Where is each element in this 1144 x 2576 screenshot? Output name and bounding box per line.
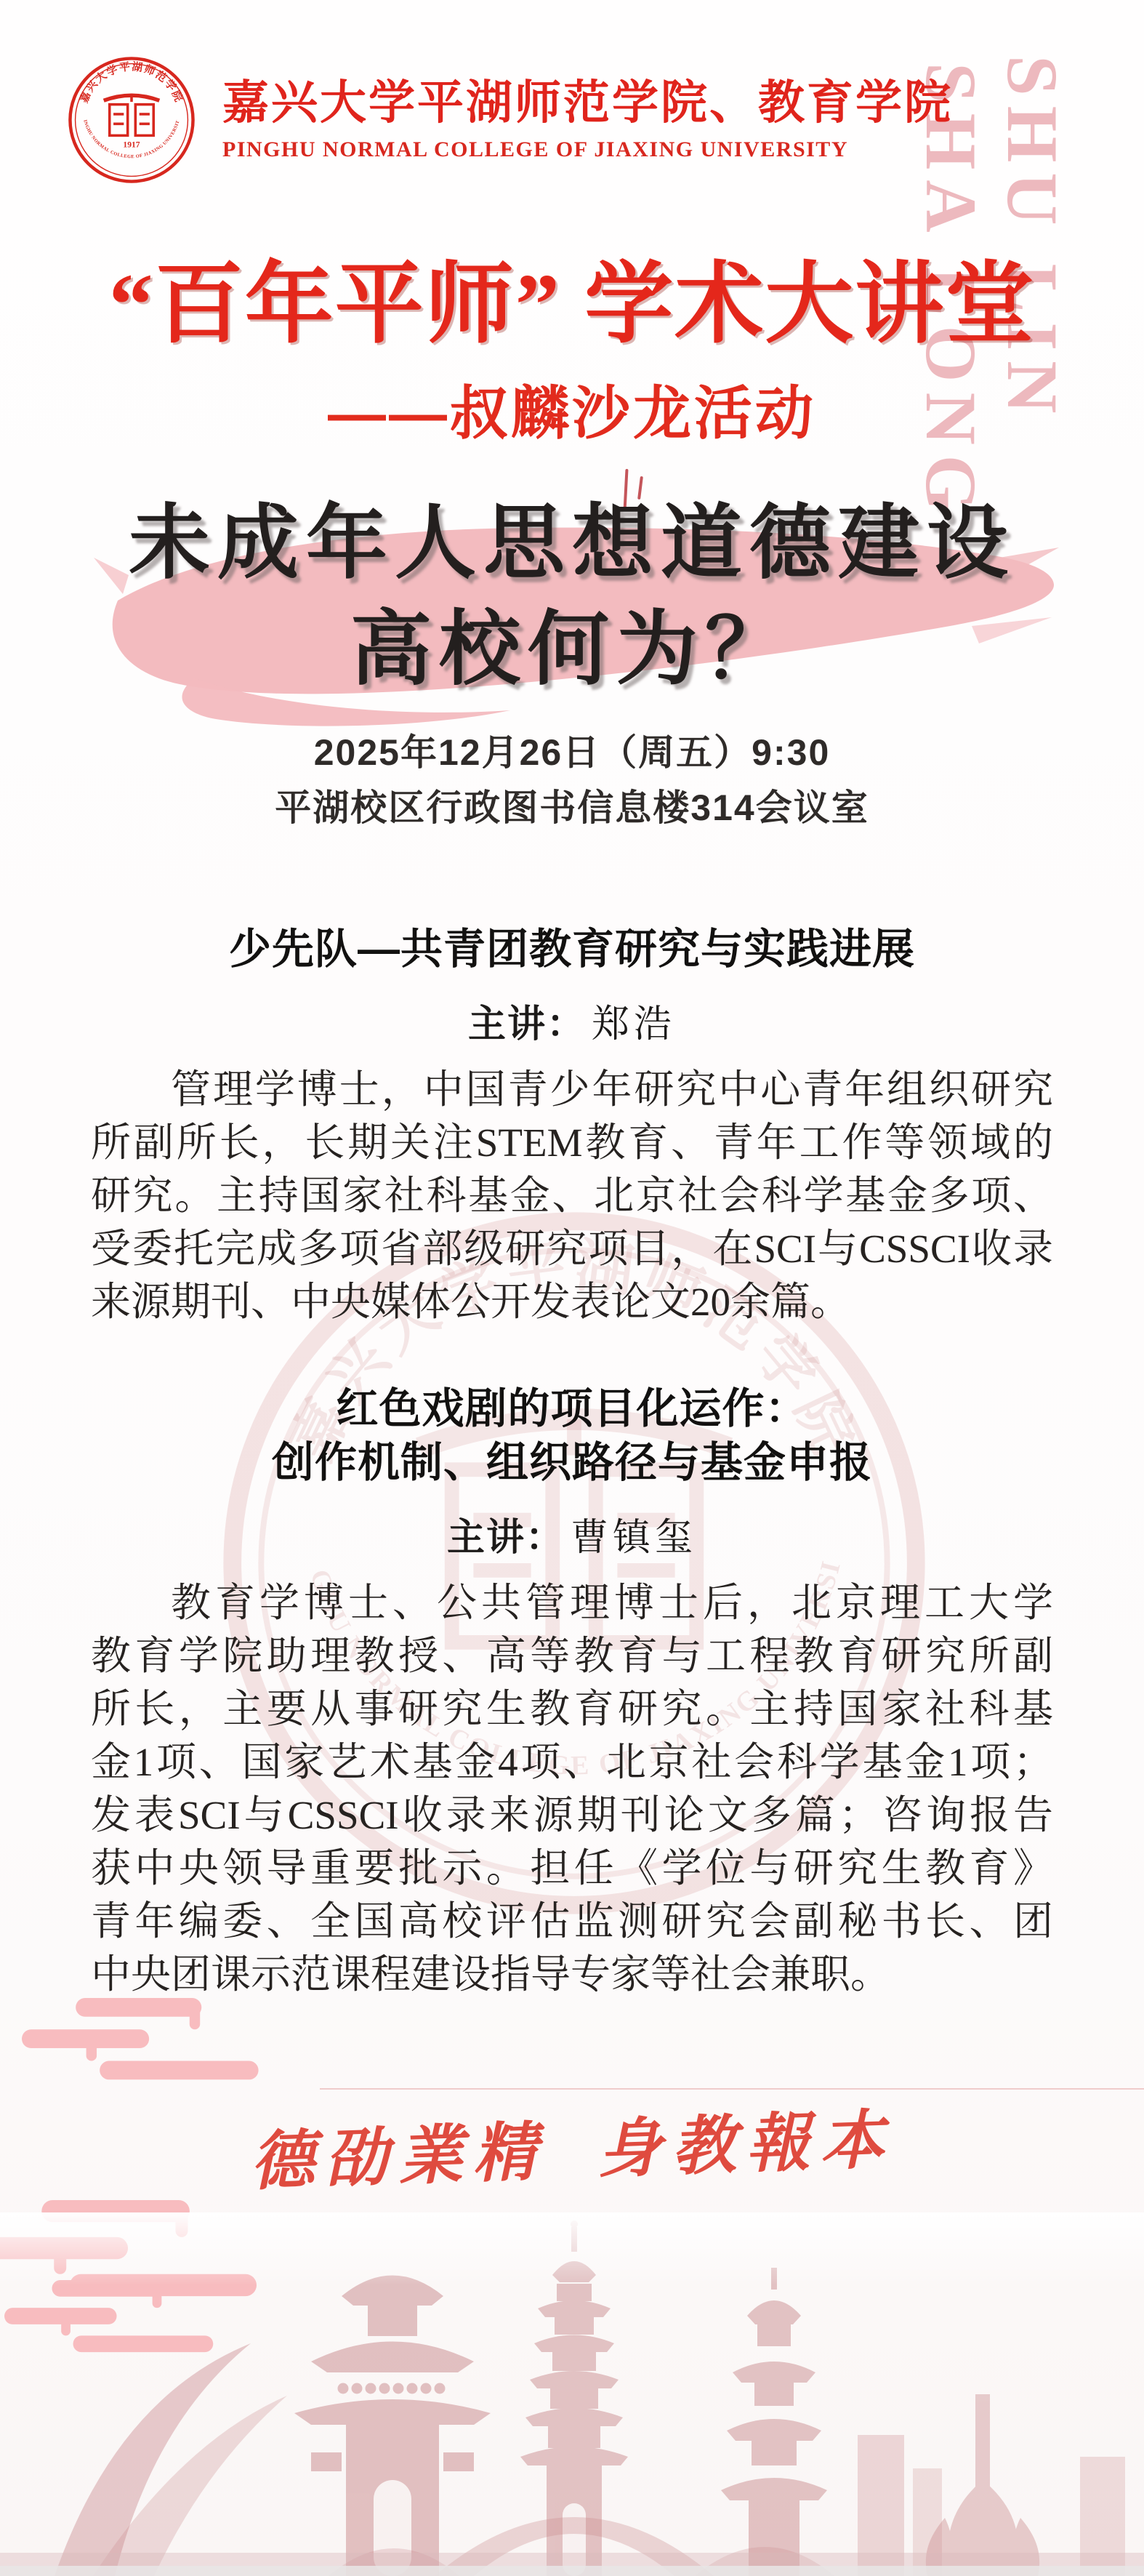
subseries-title: ——叔麟沙龙活动	[0, 377, 1144, 450]
drum-tower-silhouette	[294, 2276, 491, 2576]
lecture2-title-line1: 红色戏剧的项目化运作：	[0, 1382, 1144, 1436]
bio-line: 所副所长，长期关注STEM教育、青年工作等领域的	[91, 1116, 1053, 1169]
bio-line: 中央团课示范课程建设指导专家等社会兼职。	[91, 1948, 1053, 2001]
bio-line: 来源期刊、中央媒体公开发表论文20余篇。	[91, 1275, 1053, 1328]
lecture1-speaker: 主讲：郑浩	[0, 998, 1144, 1051]
school-motto-calligraphy: 德劭業精身教報本	[0, 2079, 1144, 2211]
speaker-name: 曹镇玺	[571, 1517, 697, 1559]
main-title-banner: 未成年人思想道德建设 高校何为？	[85, 479, 1059, 713]
lecture2-bio: 教育学博士、公共管理博士后，北京理工大学 教育学院助理教授、高等教育与工程教育研…	[91, 1576, 1053, 2001]
lotus-building-silhouette	[926, 2394, 1039, 2576]
speaker-label: 主讲：	[468, 1004, 586, 1046]
bio-line: 受委托完成多项省部级研究项目，在SCI与CSSCI收录	[91, 1222, 1053, 1275]
gate-emblem-icon	[104, 95, 160, 135]
speaker-label: 主讲：	[447, 1517, 565, 1559]
bio-line: 教育学院助理教授、高等教育与工程教育研究所副	[91, 1629, 1053, 1682]
lecture2-title-line2: 创作机制、组织路径与基金申报	[0, 1436, 1144, 1490]
bio-line: 研究。主持国家社科基金、北京社会科学基金多项、	[91, 1169, 1053, 1222]
bio-line: 青年编委、全国高校评估监测研究会副秘书长、团	[91, 1895, 1053, 1948]
main-title-line2: 高校何为？	[85, 597, 1059, 703]
bio-line: 所长，主要从事研究生教育研究。主持国家社科基	[91, 1682, 1053, 1736]
motto-part1: 德劭業精	[249, 2117, 548, 2198]
lecture-poster-page: SHU LIN SHA LONG 嘉兴大学平湖师范学院 PINGHU NORMA…	[0, 0, 1144, 2576]
motto-part2: 身教報本	[597, 2105, 895, 2186]
org-name-chinese: 嘉兴大学平湖师范学院、教育学院	[222, 78, 953, 129]
logo-year: 1917	[123, 140, 140, 149]
bio-line: 金1项、国家艺术基金4项、北京社会科学基金1项；	[91, 1736, 1053, 1789]
second-pagoda-silhouette	[721, 2268, 827, 2576]
main-title-line1: 未成年人思想道德建设	[85, 479, 1059, 597]
motto-gap	[547, 2171, 598, 2172]
bio-line: 教育学博士、公共管理博士后，北京理工大学	[91, 1576, 1053, 1629]
speaker-name: 郑浩	[592, 1004, 676, 1046]
bio-line: 获中央领导重要批示。担任《学位与研究生教育》	[91, 1842, 1053, 1895]
series-title: “百年平师” 学术大讲堂	[0, 250, 1144, 361]
org-name-block: 嘉兴大学平湖师范学院、教育学院 PINGHU NORMAL COLLEGE OF…	[222, 78, 953, 162]
event-venue: 平湖校区行政图书信息楼314会议室	[0, 780, 1144, 835]
university-seal-logo: 嘉兴大学平湖师范学院 PINGHU NORMAL COLLEGE OF JIAX…	[67, 55, 196, 185]
bio-line: 发表SCI与CSSCI收录来源期刊论文多篇；咨询报告	[91, 1789, 1053, 1842]
city-skyline-illustration	[0, 2212, 1144, 2576]
bio-line: 管理学博士，中国青少年研究中心青年组织研究	[91, 1063, 1053, 1116]
org-name-english: PINGHU NORMAL COLLEGE OF JIAXING UNIVERS…	[222, 137, 953, 162]
lecture1-bio: 管理学博士，中国青少年研究中心青年组织研究 所副所长，长期关注STEM教育、青年…	[91, 1063, 1053, 1328]
header: 嘉兴大学平湖师范学院 PINGHU NORMAL COLLEGE OF JIAX…	[0, 0, 1144, 185]
event-datetime: 2025年12月26日（周五）9:30	[0, 725, 1144, 780]
lecture2-speaker: 主讲：曹镇玺	[0, 1512, 1144, 1565]
event-info: 2025年12月26日（周五）9:30 平湖校区行政图书信息楼314会议室	[0, 725, 1144, 835]
lecture1-title: 少先队—共青团教育研究与实践进展	[0, 923, 1144, 976]
lecture2-title: 红色戏剧的项目化运作： 创作机制、组织路径与基金申报	[0, 1382, 1144, 1490]
